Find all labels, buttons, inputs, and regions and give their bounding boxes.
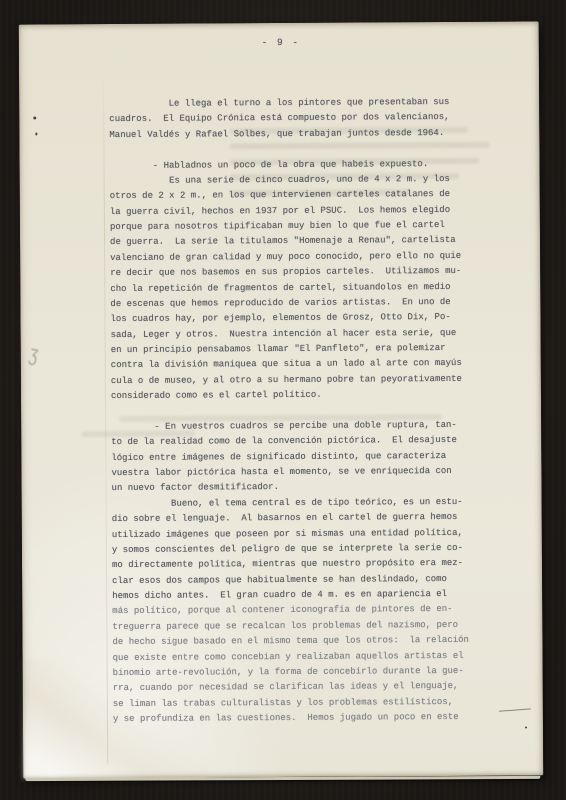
text-line: cula o de museo, y al otro a su hermano …	[111, 372, 483, 390]
pencil-dash-mark	[499, 708, 531, 711]
page-number: - 9 -	[221, 37, 341, 49]
handwritten-margin-mark: ʒ	[26, 342, 41, 369]
ink-speck	[35, 132, 37, 135]
typewritten-text: Le llega el turno a los pintores que pre…	[109, 95, 485, 728]
ink-speck	[525, 727, 527, 729]
text-line: vuestra labor pictórica hasta el momento…	[111, 464, 483, 482]
text-line: re decir que nos basemos en sus propios …	[110, 264, 482, 282]
text-line: mo directamente política, mientras que n…	[112, 556, 484, 574]
text-line: y se profundiza en las cuestiones. Hemos…	[113, 710, 485, 728]
text-line: dio sobre el lenguaje. Al basarnos en el…	[112, 510, 484, 528]
ink-speck	[33, 116, 36, 119]
text-line: los cuadros hay, por ejemplo, elementos …	[110, 310, 482, 328]
archive-photo: - 9 - Le llega el turno a los pintores q…	[0, 0, 566, 800]
text-line: de hecho sigue basado en el mismo tema q…	[112, 633, 484, 651]
text-line: otros de 2 x 2 m., en los que interviene…	[110, 187, 482, 205]
text-line: to de la realidad como de la convención …	[111, 433, 483, 451]
text-line: rra, cuando por necesidad se clarifican …	[113, 679, 485, 697]
document-page: - 9 - Le llega el turno a los pintores q…	[19, 21, 544, 778]
text-line: Manuel Valdés y Rafael Solbes, que traba…	[109, 126, 481, 144]
